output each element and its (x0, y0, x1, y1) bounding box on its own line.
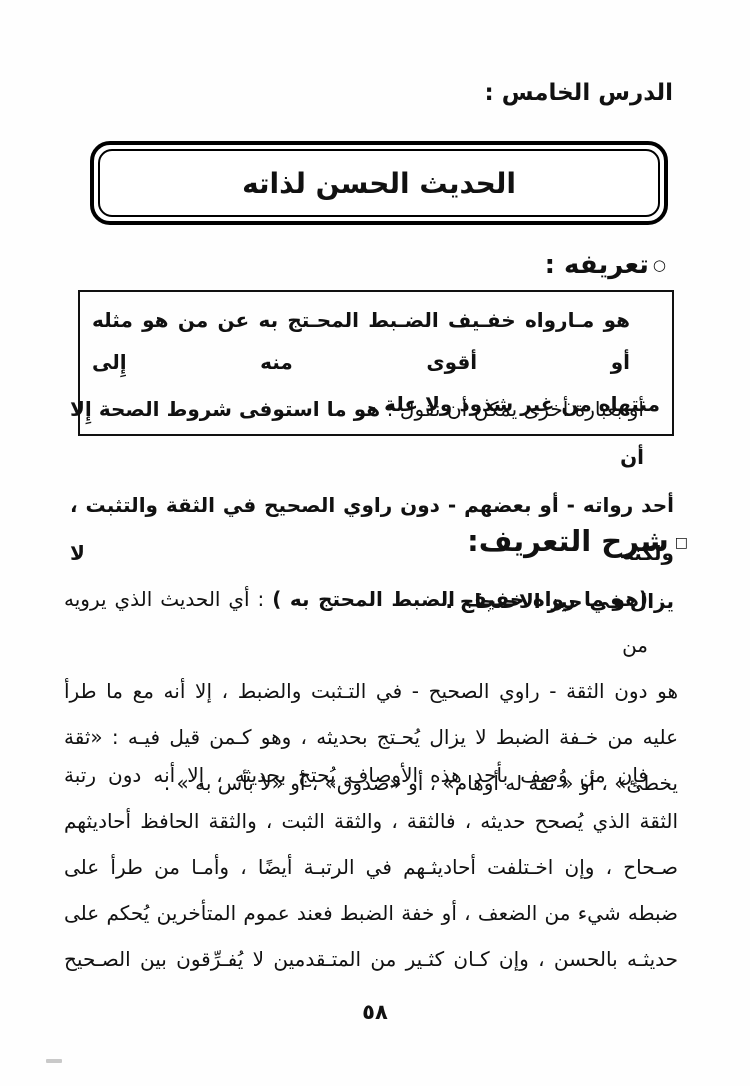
p2-line-4-text: ضبطه شيء من الضعف ، أو خفة الضبط فعند عم… (64, 901, 678, 925)
circle-bullet-icon: ○ (653, 256, 666, 274)
p2-line-4: ضبطه شيء من الضعف ، أو خفة الضبط فعند عم… (64, 890, 678, 936)
explanation-heading: □شرح التعريف: (467, 524, 688, 558)
explanation-paragraph-2: فإن من وُصف بأحد هذه الأوصاف يُحتج بحديث… (64, 752, 678, 982)
p2-line-2: الثقة الذي يُصحح حديثه ، فالثقة ، والثقة… (64, 798, 678, 844)
p2-line-3-text: صـحاح ، وإن اخـتلفت أحاديثـهم في الرتبـة… (64, 855, 678, 879)
p1-line-2: هو دون الثقة - راوي الصحيح - في التـثبت … (64, 668, 678, 714)
scan-artifact (46, 1059, 62, 1063)
document-page: الدرس الخامس : الحديث الحسن لذاته ○تعريف… (0, 0, 750, 1086)
title-box-inner-border: الحديث الحسن لذاته (98, 149, 660, 217)
p2-line-2-text: الثقة الذي يُصحح حديثه ، فالثقة ، والثقة… (64, 809, 678, 833)
definition-heading: ○تعريفه : (545, 250, 666, 280)
p1-line-3-text: عليه من خـفة الضبط لا يزال يُحـتج بحديثه… (64, 725, 678, 749)
lesson-header: الدرس الخامس : (485, 80, 673, 106)
page-number: ٥٨ (0, 1000, 750, 1024)
definition-heading-label: تعريفه : (545, 250, 649, 280)
p1-line-2-text: هو دون الثقة - راوي الصحيح - في التـثبت … (64, 679, 678, 703)
p2-line-3: صـحاح ، وإن اخـتلفت أحاديثـهم في الرتبـة… (64, 844, 678, 890)
alt-intro-text: أو بعبارة أخرى يمكن أن نقول : (380, 397, 644, 421)
explanation-heading-label: شرح التعريف: (467, 524, 669, 558)
p1-line-1: (هو ما رواه خفيف الضبط المحتج به ) : أي … (64, 576, 678, 668)
alt-line-1: أو بعبارة أخرى يمكن أن نقول : هو ما استو… (70, 385, 674, 481)
definition-line-1-text: هو مـارواه خفـيف الضـبط المحـتج به عن من… (92, 308, 630, 374)
square-bullet-icon: □ (675, 535, 688, 551)
definition-line-1: هو مـارواه خفـيف الضـبط المحـتج به عن من… (92, 299, 660, 383)
p2-line-5: حديثـه بالحسن ، وإن كـان كثـير من المتـق… (64, 936, 678, 982)
p2-line-5-text: حديثـه بالحسن ، وإن كـان كثـير من المتـق… (64, 947, 678, 971)
p2-line-1-text: فإن من وُصف بأحد هذه الأوصاف يُحتج بحديث… (64, 763, 648, 787)
title-box: الحديث الحسن لذاته (90, 141, 668, 225)
page-title: الحديث الحسن لذاته (242, 167, 516, 200)
p2-line-1: فإن من وُصف بأحد هذه الأوصاف يُحتج بحديث… (64, 752, 678, 798)
p1-line-1-bold-text: (هو ما رواه خفيف الضبط المحتج به ) (272, 587, 648, 611)
